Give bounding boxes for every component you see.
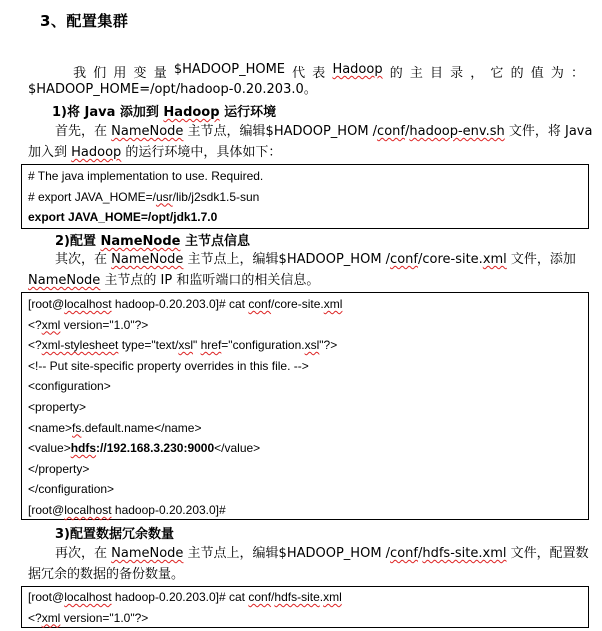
step1-para-line1: 首先，在 NameNode 主节点，编辑$HADOOP_HOM /conf/ha… bbox=[55, 122, 592, 142]
step1-title-word: Hadoop bbox=[163, 105, 219, 120]
intro-hadoop: Hadoop bbox=[332, 62, 382, 81]
step2-para-line1: 其次，在 NameNode 主节点上，编辑$HADOOP_HOM /conf/c… bbox=[55, 250, 576, 270]
step1-title: 1)将 Java 添加到 Hadoop 运行环境 bbox=[52, 101, 276, 120]
code-line: <!-- Put site-specific property override… bbox=[28, 356, 582, 377]
text: ="configuration. bbox=[221, 338, 304, 352]
intro-char: 它 bbox=[490, 62, 503, 81]
text: xml bbox=[42, 318, 61, 332]
step2-para-line2: NameNode 主节点的 IP 和监听端口的相关信息。 bbox=[28, 271, 319, 291]
text: 文件，添加 bbox=[507, 252, 576, 267]
text: localhost bbox=[64, 590, 111, 604]
intro-char: 录 bbox=[450, 62, 463, 81]
text: version="1.0"?> bbox=[60, 318, 148, 332]
code-line: [root@localhost hadoop-0.20.203.0]# cat … bbox=[28, 294, 582, 315]
code-box-hdfs-site: [root@localhost hadoop-0.20.203.0]# cat … bbox=[21, 586, 589, 628]
code-line: <name>fs.default.name</name> bbox=[28, 418, 582, 439]
text: NameNode bbox=[111, 252, 183, 267]
text: <name> bbox=[28, 421, 72, 435]
intro-line-1: 我 们 用 变 量 $HADOOP_HOME 代 表 Hadoop 的 主 目 … bbox=[28, 62, 584, 81]
code-line: [root@localhost hadoop-0.20.203.0]# cat … bbox=[28, 587, 582, 608]
code-line: <value>hdfs://192.168.3.230:9000</value> bbox=[28, 438, 582, 459]
code-line: </configuration> bbox=[28, 479, 582, 500]
text: conf bbox=[248, 297, 271, 311]
text: conf bbox=[248, 590, 271, 604]
code-line: </property> bbox=[28, 459, 582, 480]
text: 主节点，编辑$HADOOP_HOM / bbox=[183, 124, 377, 139]
text: conf bbox=[377, 124, 405, 139]
text: [root@ bbox=[28, 503, 64, 517]
code-box-core-site: [root@localhost hadoop-0.20.203.0]# cat … bbox=[21, 292, 589, 520]
intro-char: 的 bbox=[511, 62, 524, 81]
text: conf bbox=[390, 546, 418, 561]
code-line: # export JAVA_HOME=/usr/lib/j2sdk1.5-sun bbox=[28, 187, 582, 208]
intro-char: ： bbox=[571, 62, 584, 81]
intro-line-2: $HADOOP_HOME=/opt/hadoop-0.20.203.0。 bbox=[28, 80, 317, 100]
code-line: [root@localhost hadoop-0.20.203.0]# bbox=[28, 500, 582, 521]
intro-char: 代 bbox=[292, 62, 305, 81]
text: usr bbox=[156, 190, 173, 204]
text: <? bbox=[28, 318, 42, 332]
text: 主节点上，编辑$HADOOP_HOM / bbox=[183, 252, 390, 267]
step1-para-line2: 加入到 Hadoop 的运行环境中，具体如下： bbox=[28, 143, 281, 163]
step2-title: 2)配置 NameNode 主节点信息 bbox=[55, 230, 250, 249]
code-line: <configuration> bbox=[28, 376, 582, 397]
code-line: <property> bbox=[28, 397, 582, 418]
intro-char: 主 bbox=[410, 62, 423, 81]
intro-char: 值 bbox=[531, 62, 544, 81]
code-box-java-env: # The java implementation to use. Requir… bbox=[21, 164, 589, 229]
text: xml bbox=[324, 297, 343, 311]
text: <value> bbox=[28, 441, 71, 455]
step1-title-suffix: 运行环境 bbox=[220, 105, 277, 120]
text: type="text/ bbox=[118, 338, 178, 352]
code-line: <?xml version="1.0"?> bbox=[28, 608, 582, 629]
text: 主节点的 IP 和监听端口的相关信息。 bbox=[100, 273, 319, 288]
step2-title-prefix: 2)配置 bbox=[55, 234, 101, 249]
step1-title-prefix: 1)将 Java 添加到 bbox=[52, 105, 163, 120]
text: fs bbox=[72, 421, 81, 435]
intro-char: 们 bbox=[93, 62, 106, 81]
intro-char: 用 bbox=[113, 62, 126, 81]
text: localhost bbox=[64, 503, 111, 517]
text: hadoop-0.20.203.0]# cat bbox=[112, 297, 249, 311]
text: NameNode bbox=[111, 546, 183, 561]
text: hdfs bbox=[71, 441, 96, 455]
section-heading: 3、配置集群 bbox=[40, 10, 128, 31]
text: xsl bbox=[178, 338, 193, 352]
step2-title-suffix: 主节点信息 bbox=[180, 234, 250, 249]
code-line: <?xml version="1.0"?> bbox=[28, 315, 582, 336]
text: 加入到 bbox=[28, 145, 71, 160]
text: <? bbox=[28, 611, 42, 625]
step3-para-line2: 据冗余的数据的备份数量。 bbox=[28, 565, 184, 585]
text: " bbox=[193, 338, 201, 352]
text: conf bbox=[390, 252, 418, 267]
text: xml bbox=[483, 252, 507, 267]
step2-title-word: NameNode bbox=[101, 234, 181, 249]
text: 首先，在 bbox=[55, 124, 111, 139]
text: 主节点上，编辑$HADOOP_HOM / bbox=[183, 546, 390, 561]
text: /core-site. bbox=[271, 297, 324, 311]
intro-char: 表 bbox=[312, 62, 325, 81]
text: xml-stylesheet bbox=[42, 338, 119, 352]
intro-char: 量 bbox=[154, 62, 167, 81]
text: hdfs-site bbox=[274, 590, 319, 604]
text: hadoop-env.sh bbox=[409, 124, 504, 139]
step3-title: 3)配置数据冗余数量 bbox=[55, 523, 174, 542]
text: ://192.168.3.230:9000 bbox=[96, 441, 214, 455]
intro-char: 目 bbox=[430, 62, 443, 81]
text: <? bbox=[28, 338, 42, 352]
text: NameNode bbox=[111, 124, 183, 139]
text: href bbox=[201, 338, 222, 352]
text: # export JAVA_HOME=/ bbox=[28, 190, 156, 204]
text: 再次，在 bbox=[55, 546, 111, 561]
text: version="1.0"?> bbox=[60, 611, 148, 625]
code-line: # The java implementation to use. Requir… bbox=[28, 166, 582, 187]
text: </value> bbox=[214, 441, 260, 455]
text: .default.name</name> bbox=[81, 421, 201, 435]
text: [root@ bbox=[28, 590, 64, 604]
text: /lib/j2sdk1.5-sun bbox=[173, 190, 260, 204]
text: /core-site. bbox=[418, 252, 483, 267]
text: 的运行环境中，具体如下： bbox=[121, 145, 281, 160]
intro-char: ， bbox=[470, 62, 483, 81]
code-line: export JAVA_HOME=/opt/jdk1.7.0 bbox=[28, 207, 582, 228]
text: Hadoop bbox=[71, 145, 121, 160]
text: NameNode bbox=[28, 273, 100, 288]
text: hadoop-0.20.203.0]# cat bbox=[112, 590, 249, 604]
text: hadoop-0.20.203.0]# bbox=[112, 503, 226, 517]
text: 文件，配置数 bbox=[506, 546, 588, 561]
text: xsl bbox=[305, 338, 320, 352]
text: [root@ bbox=[28, 297, 64, 311]
step3-para-line1: 再次，在 NameNode 主节点上，编辑$HADOOP_HOM /conf/h… bbox=[55, 544, 589, 564]
text: xml bbox=[323, 590, 342, 604]
text: "?> bbox=[319, 338, 337, 352]
intro-char: 变 bbox=[134, 62, 147, 81]
intro-char: 我 bbox=[73, 62, 86, 81]
intro-char: 的 bbox=[390, 62, 403, 81]
intro-var: $HADOOP_HOME bbox=[174, 62, 285, 81]
text: 文件，将 Java bbox=[505, 124, 593, 139]
code-line: <?xml-stylesheet type="text/xsl" href="c… bbox=[28, 335, 582, 356]
text: localhost bbox=[64, 297, 111, 311]
intro-char: 为 bbox=[551, 62, 564, 81]
text: xml bbox=[42, 611, 61, 625]
text: 其次，在 bbox=[55, 252, 111, 267]
text: hdfs-site.xml bbox=[422, 546, 506, 561]
